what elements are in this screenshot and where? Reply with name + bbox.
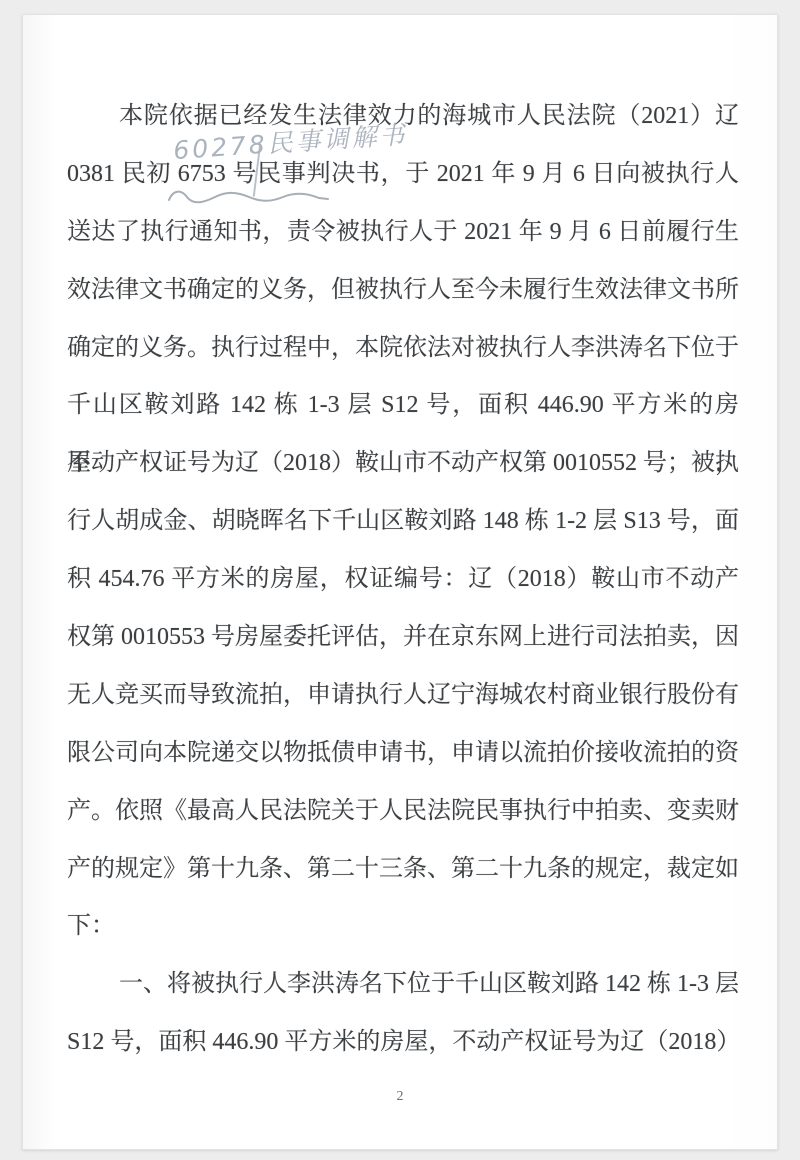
document-line: 行人胡成金、胡晓晖名下千山区鞍刘路 148 栋 1-2 层 S13 号，面 xyxy=(67,493,739,551)
document-line: 下： xyxy=(67,898,739,956)
wavy-underline-mark xyxy=(165,187,333,207)
document-line: 积 454.76 平方米的房屋，权证编号：辽（2018）鞍山市不动产 xyxy=(67,551,739,609)
document-line: 产。依照《最高人民法院关于人民法院民事执行中拍卖、变卖财 xyxy=(67,783,739,841)
page-number: 2 xyxy=(23,1089,777,1105)
document-line: 送达了执行通知书，责令被执行人于 2021 年 9 月 6 日前履行生 xyxy=(67,204,739,262)
document-line: 限公司向本院递交以物抵债申请书，申请以流拍价接收流拍的资 xyxy=(67,725,739,783)
scanned-document-page: 本院依据已经发生法律效力的海城市人民法院（2021）辽 0381 民初 6753… xyxy=(22,14,778,1150)
document-line: 不动产权证号为辽（2018）鞍山市不动产权第 0010552 号；被执 xyxy=(67,435,739,493)
document-line: 无人竞买而导致流拍，申请执行人辽宁海城农村商业银行股份有 xyxy=(67,667,739,725)
document-line: 效法律文书确定的义务，但被执行人至今未履行生效法律文书所 xyxy=(67,262,739,320)
document-line: 千山区鞍刘路 142 栋 1-3 层 S12 号，面积 446.90 平方米的房… xyxy=(67,377,739,435)
document-text-body: 本院依据已经发生法律效力的海城市人民法院（2021）辽 0381 民初 6753… xyxy=(67,88,739,1072)
document-line: 权第 0010553 号房屋委托评估，并在京东网上进行司法拍卖，因 xyxy=(67,609,739,667)
document-line: 本院依据已经发生法律效力的海城市人民法院（2021）辽 xyxy=(67,88,739,146)
document-line: 产的规定》第十九条、第二十三条、第二十九条的规定，裁定如 xyxy=(67,841,739,899)
document-line: S12 号，面积 446.90 平方米的房屋，不动产权证号为辽（2018） xyxy=(67,1014,739,1072)
document-line: 一、将被执行人李洪涛名下位于千山区鞍刘路 142 栋 1-3 层 xyxy=(67,956,739,1014)
document-line: 确定的义务。执行过程中，本院依法对被执行人李洪涛名下位于 xyxy=(67,320,739,378)
